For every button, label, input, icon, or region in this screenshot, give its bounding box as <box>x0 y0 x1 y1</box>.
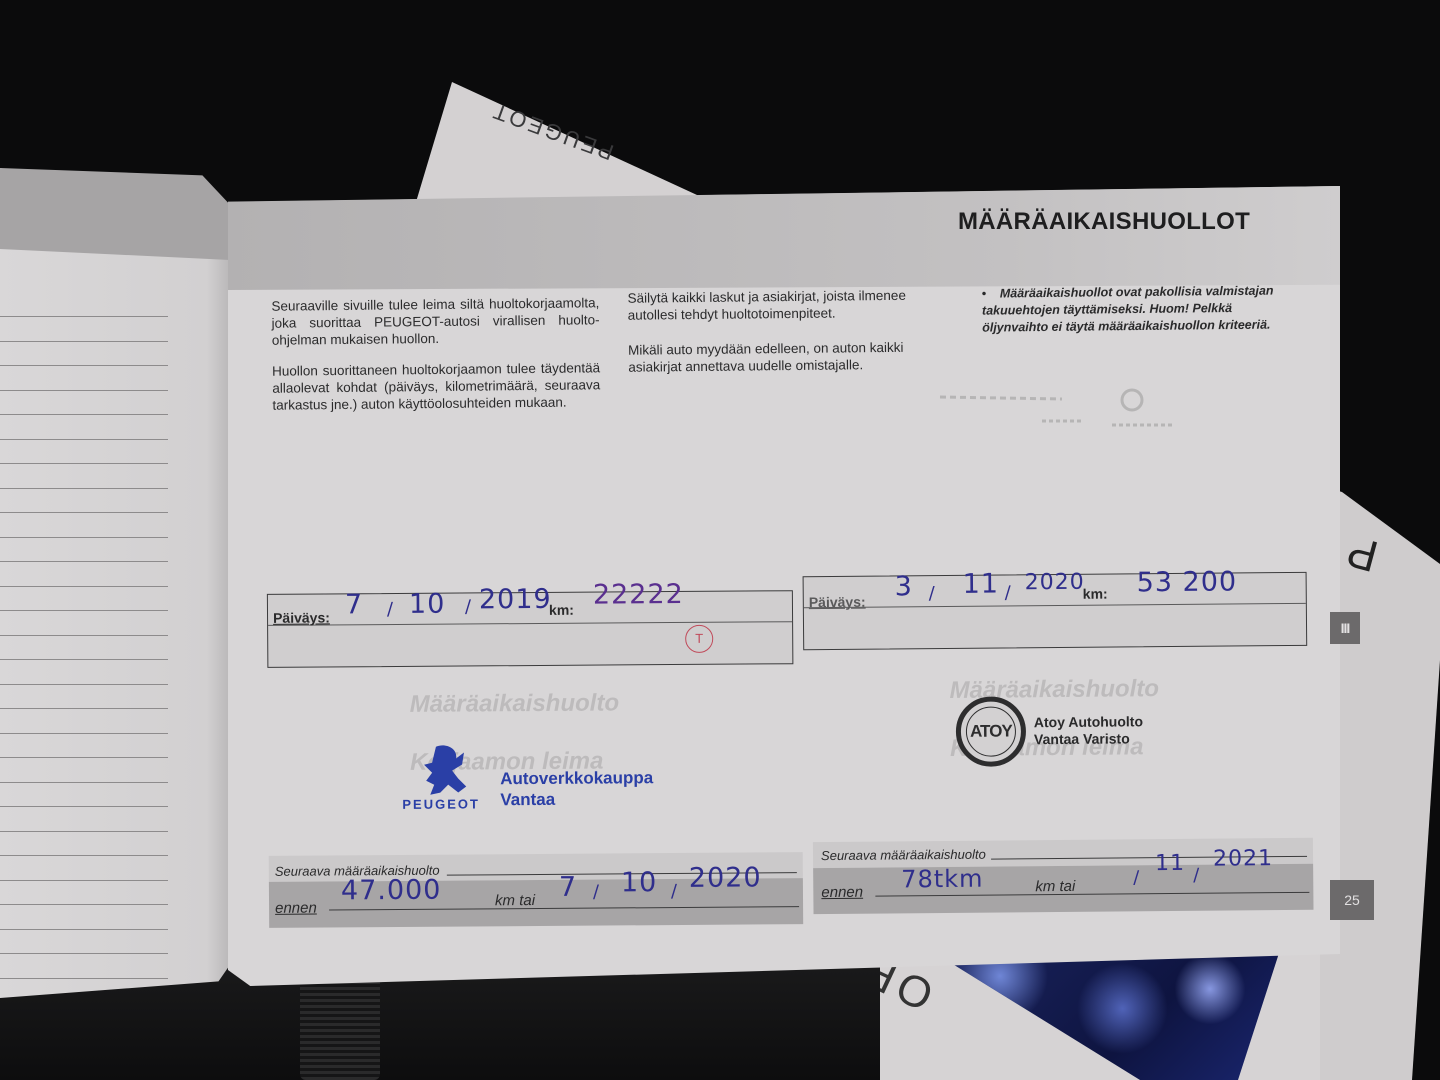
divider <box>804 603 1306 608</box>
peugeot-lion-icon <box>418 742 470 798</box>
zipper <box>300 975 380 1080</box>
ruled-line <box>0 512 168 513</box>
ruled-line <box>0 733 168 734</box>
next-service-day: 7 <box>559 872 577 903</box>
bullet-icon: • <box>982 285 1000 302</box>
ruled-line <box>0 586 168 587</box>
next-service-year: 2021 <box>1213 846 1273 872</box>
date-separator: / <box>1133 867 1140 888</box>
ruled-line <box>0 708 168 709</box>
ruled-line <box>0 537 168 538</box>
date-separator: / <box>465 596 472 617</box>
before-label: ennen <box>275 900 317 917</box>
km-label: km: <box>549 602 574 618</box>
service-entry-2: Päiväys: 3 / 11 / 2020 km: 53 200 Määräa… <box>802 560 1315 916</box>
odometer-km: 53 200 <box>1137 566 1238 598</box>
intro-column-1: Seuraaville sivuille tulee leima siltä h… <box>271 294 600 427</box>
before-label: ennen <box>821 884 863 901</box>
ruled-line <box>0 880 168 881</box>
left-page-header <box>0 168 230 260</box>
intro-column-2: Säilytä kaikki laskut ja asiakirjat, joi… <box>627 286 954 393</box>
km-or-label: km tai <box>1035 878 1075 895</box>
date-separator: / <box>387 599 394 620</box>
next-service-year: 2020 <box>689 862 762 894</box>
dealer-name-line2: Vantaa Varisto <box>1034 730 1130 748</box>
date-day: 7 <box>345 589 363 620</box>
section-tab: III <box>1330 612 1360 644</box>
date-label: Päiväys: <box>809 594 866 610</box>
dealer-name-line2: Vantaa <box>500 789 555 810</box>
ruled-line <box>0 855 168 856</box>
ruled-line <box>0 904 168 905</box>
km-or-label: km tai <box>495 892 535 909</box>
km-label: km: <box>1083 586 1108 602</box>
ruled-line <box>0 684 168 685</box>
next-service-month: 10 <box>621 867 658 898</box>
peugeot-brand: PEUGEOT <box>402 796 480 812</box>
date-year: 2020 <box>1025 570 1085 596</box>
atoy-logo-icon: ATOY <box>956 696 1027 767</box>
right-page-header <box>228 186 1340 290</box>
dealer-name-line1: Autoverkkokauppa <box>500 767 653 789</box>
service-entry-1: Päiväys: 7 / 10 / 2019 km: 22222 T Määrä… <box>267 576 805 932</box>
ruled-line <box>0 782 168 783</box>
ruled-line <box>0 390 168 391</box>
ruled-line <box>0 929 168 930</box>
date-separator: / <box>929 583 936 604</box>
page-number: 25 <box>1330 880 1374 920</box>
odometer-km: 22222 <box>593 579 684 611</box>
intro-paragraph: Säilytä kaikki laskut ja asiakirjat, joi… <box>627 286 953 323</box>
ruled-line <box>0 953 168 954</box>
intro-paragraph: Huollon suorittaneen huoltokorjaamon tul… <box>272 359 601 413</box>
ruled-line <box>0 635 168 636</box>
date-month: 10 <box>409 589 446 620</box>
watermark-title: Määräaikaishuolto <box>410 689 620 718</box>
technician-mark: T <box>685 625 713 653</box>
next-service-km: 47.000 <box>341 875 442 907</box>
ruled-line <box>0 610 168 611</box>
date-separator: / <box>1005 582 1012 603</box>
date-separator: / <box>671 881 678 902</box>
date-separator: / <box>593 882 600 903</box>
ruled-line <box>0 978 168 979</box>
ruled-line <box>0 365 168 366</box>
intro-paragraph: Seuraaville sivuille tulee leima siltä h… <box>271 294 600 348</box>
ruled-line <box>0 488 168 489</box>
next-service-label: Seuraava määräaikaishuolto <box>821 847 986 863</box>
ruled-line <box>0 463 168 464</box>
date-month: 11 <box>963 569 1000 600</box>
warranty-note: •Määräaikaishuollot ovat pakollisia valm… <box>982 282 1295 336</box>
atoy-logo-text: ATOY <box>966 706 1016 756</box>
ruled-line <box>0 561 168 562</box>
ruled-line <box>0 806 168 807</box>
ruled-line <box>0 414 168 415</box>
date-day: 3 <box>895 571 913 602</box>
ruled-line <box>0 831 168 832</box>
ruled-line <box>0 341 168 342</box>
next-service-km: 78tkm <box>901 865 983 894</box>
intro-paragraph: Mikäli auto myydään edelleen, on auton k… <box>628 338 954 375</box>
next-service-month: 11 <box>1155 851 1185 876</box>
date-year: 2019 <box>479 584 552 616</box>
ruled-line <box>0 659 168 660</box>
ruled-line <box>0 439 168 440</box>
date-separator: / <box>1193 865 1200 886</box>
page-title: MÄÄRÄAIKAISHUOLLOT <box>958 208 1250 236</box>
faint-stamp-bleedthrough <box>932 385 1192 435</box>
background-letter: P <box>1342 525 1383 581</box>
date-label: Päiväys: <box>273 609 330 625</box>
divider <box>268 621 792 626</box>
ruled-line <box>0 316 168 317</box>
warranty-note-text: Määräaikaishuollot ovat pakollisia valmi… <box>982 284 1274 335</box>
ruled-line <box>0 757 168 758</box>
left-page <box>0 168 230 998</box>
dealer-name-line1: Atoy Autohuolto <box>1034 713 1143 731</box>
